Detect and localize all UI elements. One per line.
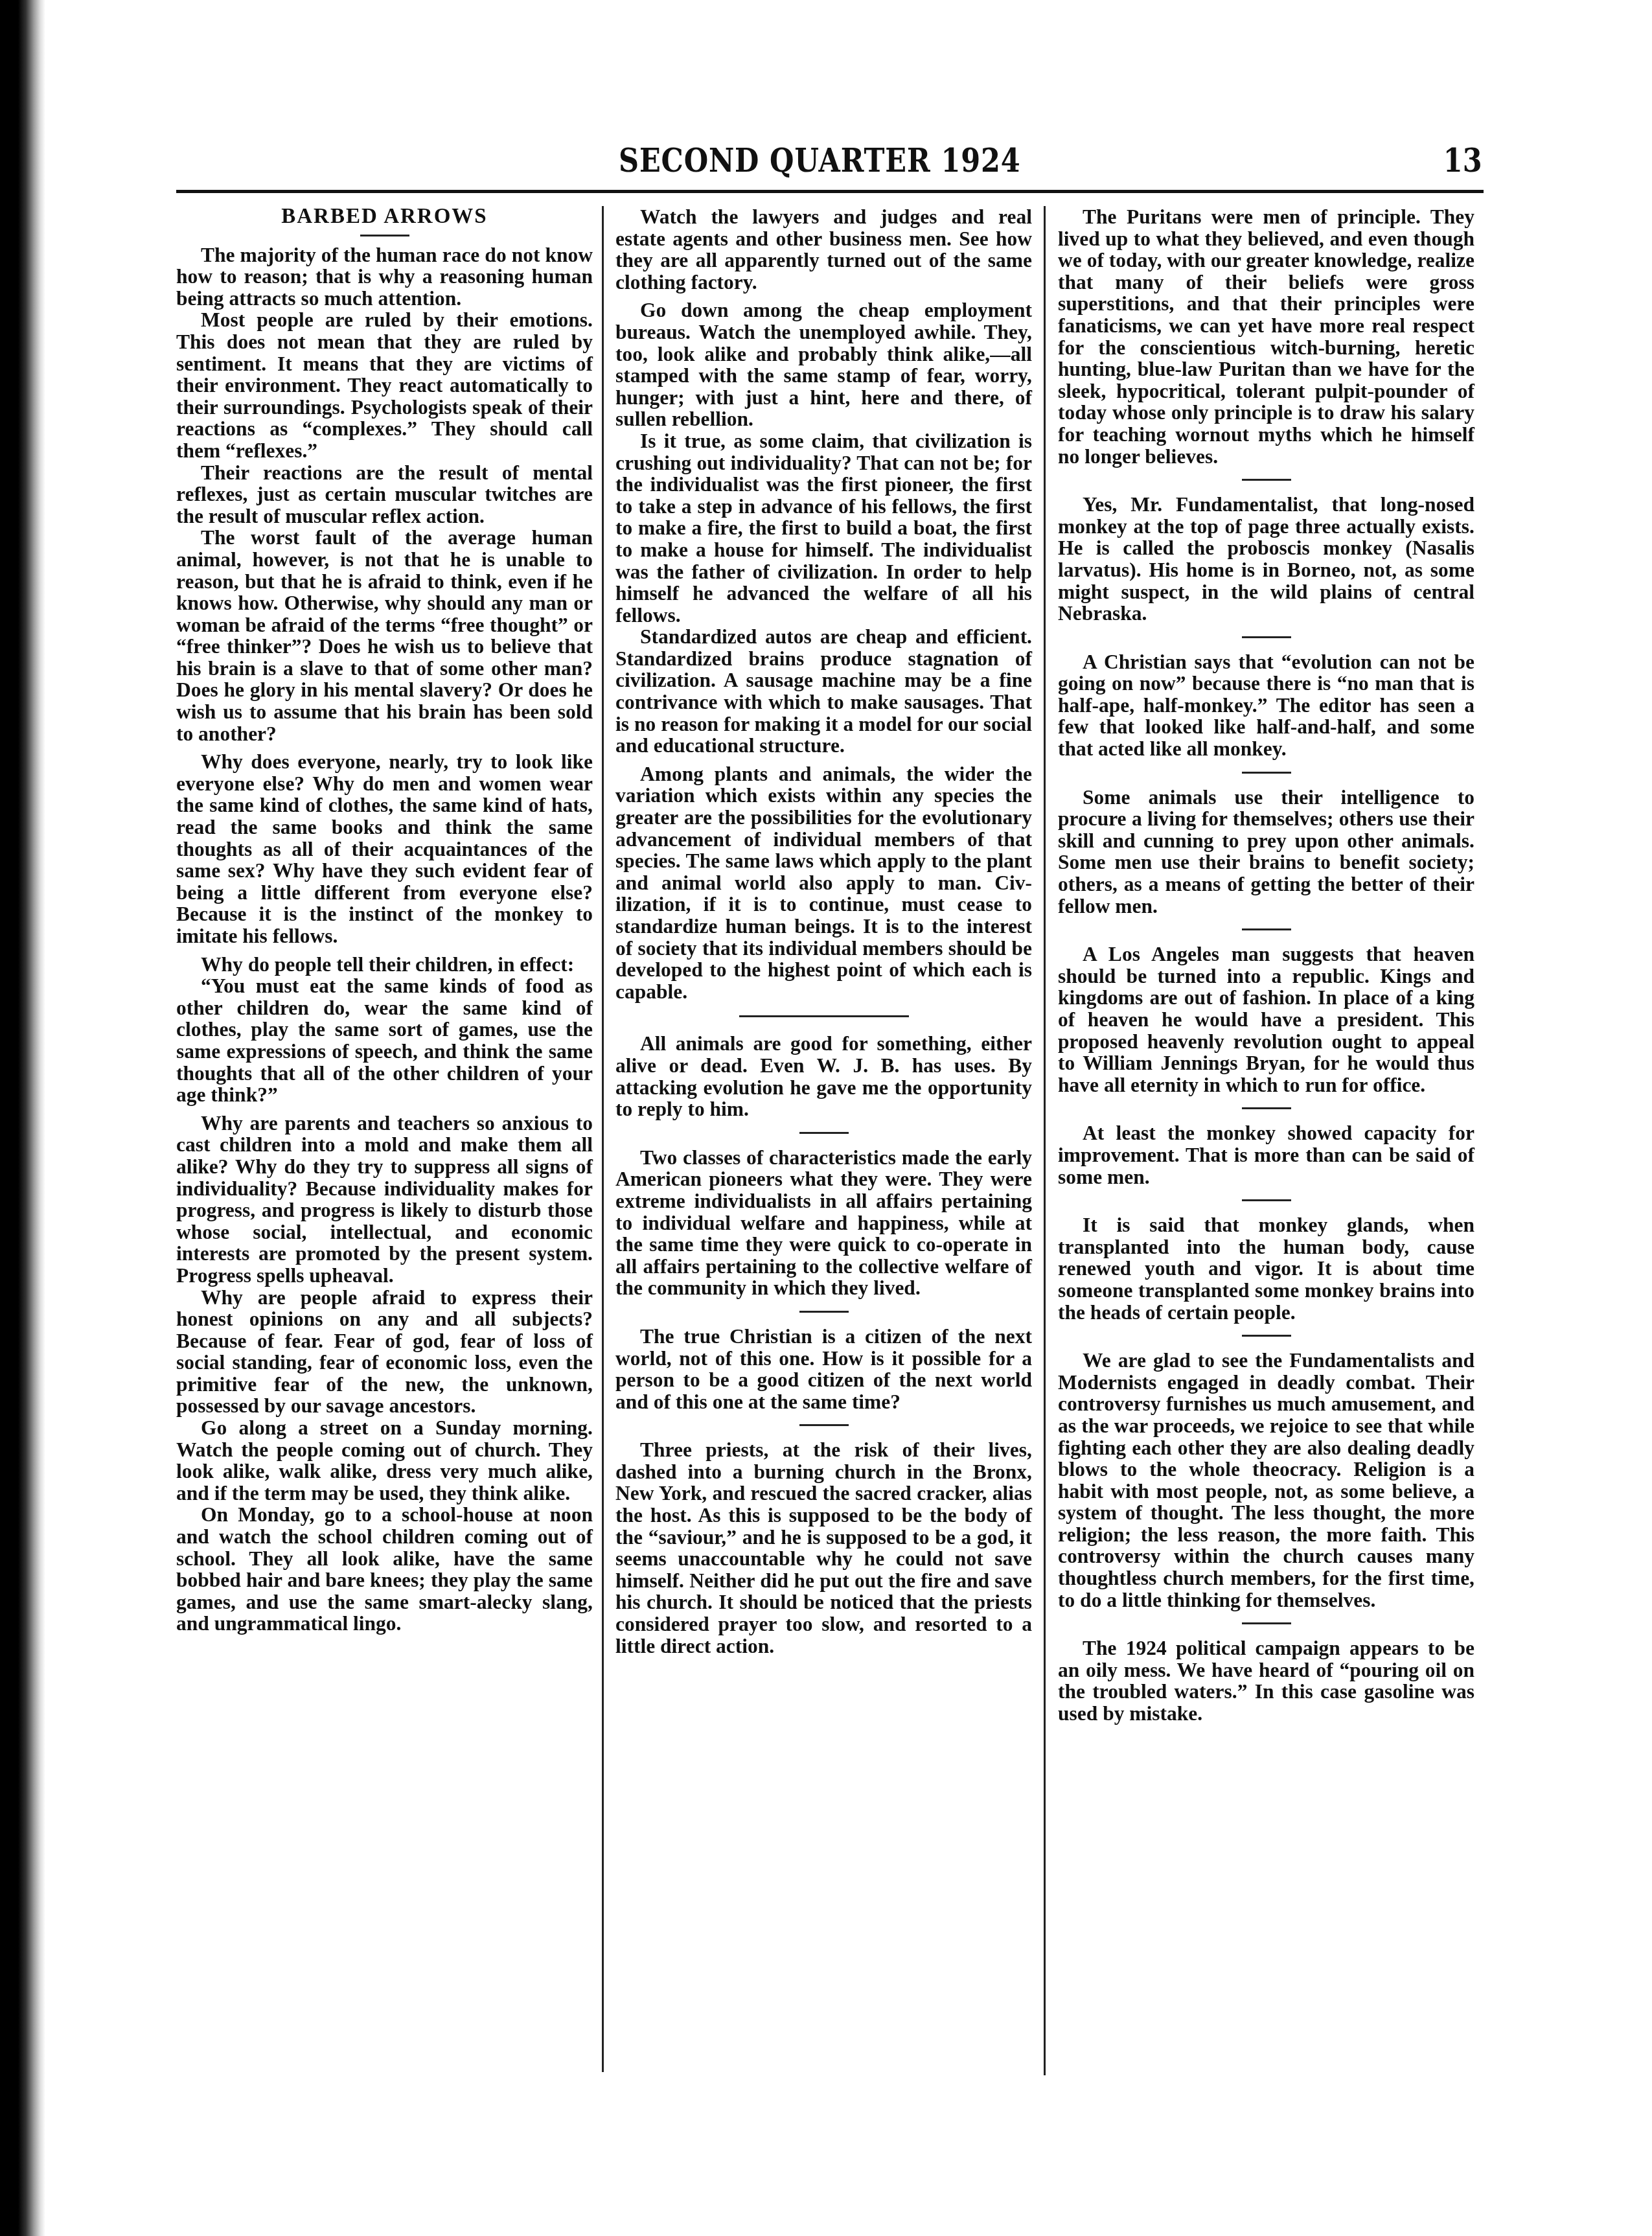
- section-separator: [1242, 928, 1291, 930]
- paragraph: Most people are ruled by their emotions.…: [176, 309, 593, 461]
- paragraph: The true Christian is a citizen of the n…: [615, 1326, 1032, 1412]
- section-separator: [1242, 1107, 1291, 1109]
- column-1: BARBED ARROWS The majority of the human …: [176, 206, 593, 1635]
- paragraph: A Los Angeles man suggests that heaven s…: [1058, 943, 1474, 1096]
- section-separator: [799, 1132, 849, 1134]
- section-separator: [739, 1015, 909, 1017]
- paragraph: Two classes of characteristics made the …: [615, 1147, 1032, 1299]
- column-divider: [602, 206, 604, 2072]
- paragraph: Why are people afraid to express their h…: [176, 1287, 593, 1418]
- section-separator: [1242, 1335, 1291, 1337]
- paragraph: Three priests, at the risk of their live…: [615, 1439, 1032, 1657]
- section-separator: [1242, 1622, 1291, 1624]
- paragraph: Is it true, as some claim, that civiliza…: [615, 430, 1032, 626]
- paragraph: At least the monkey showed ca­pacity for…: [1058, 1122, 1474, 1188]
- section-separator: [1242, 636, 1291, 638]
- paragraph: Among plants and animals, the wider the …: [615, 763, 1032, 1003]
- paragraph: Why do people tell their children, in ef…: [176, 954, 593, 976]
- section-separator: [1242, 1199, 1291, 1201]
- section-separator: [799, 1424, 849, 1426]
- page-number: 13: [1443, 141, 1482, 179]
- column-divider: [1044, 206, 1046, 2075]
- paragraph: The worst fault of the average human ani…: [176, 527, 593, 744]
- page-binding-shadow: [0, 0, 45, 2236]
- column-2: Watch the lawyers and judges and real es…: [615, 206, 1032, 1657]
- paragraph: Why are parents and teachers so anxious …: [176, 1112, 593, 1287]
- paragraph: It is said that monkey glands, when tran…: [1058, 1214, 1474, 1323]
- section-separator: [1242, 772, 1291, 774]
- paragraph: We are glad to see the Funda­mentalists …: [1058, 1350, 1474, 1611]
- paragraph: Their reactions are the result of mental…: [176, 462, 593, 527]
- quoted-paragraph: “You must eat the same kinds of food as …: [176, 975, 593, 1106]
- paragraph: The majority of the human race do not kn…: [176, 244, 593, 310]
- paragraph: Yes, Mr. Fundamentalist, that long-nosed…: [1058, 494, 1474, 625]
- paragraph: The 1924 political campaign ap­pears to …: [1058, 1637, 1474, 1724]
- paragraph: Watch the lawyers and judges and real es…: [615, 206, 1032, 293]
- section-separator: [1242, 479, 1291, 481]
- paragraph: Standardized autos are cheap and efficie…: [615, 626, 1032, 757]
- paragraph: Go down among the cheap em­ployment bure…: [615, 299, 1032, 430]
- running-head: SECOND QUARTER 1924 13: [176, 136, 1484, 194]
- section-separator: [799, 1311, 849, 1313]
- paragraph: A Christian says that “evolution can not…: [1058, 651, 1474, 760]
- paragraph: All animals are good for some­thing, eit…: [615, 1033, 1032, 1120]
- article-title: BARBED ARROWS: [176, 206, 593, 228]
- header-rule: [176, 190, 1484, 193]
- title-dash: [360, 235, 409, 236]
- paragraph: Why does everyone, nearly, try to look l…: [176, 751, 593, 947]
- paragraph: The Puritans were men of prin­ciple. The…: [1058, 206, 1474, 467]
- running-head-title: SECOND QUARTER 1924: [619, 141, 1021, 179]
- paragraph: Some animals use their intelli­gence to …: [1058, 787, 1474, 917]
- column-3: The Puritans were men of prin­ciple. The…: [1058, 206, 1474, 1725]
- paragraph: On Monday, go to a school-house at noon …: [176, 1504, 593, 1635]
- paragraph: Go along a street on a Sunday morning. W…: [176, 1417, 593, 1504]
